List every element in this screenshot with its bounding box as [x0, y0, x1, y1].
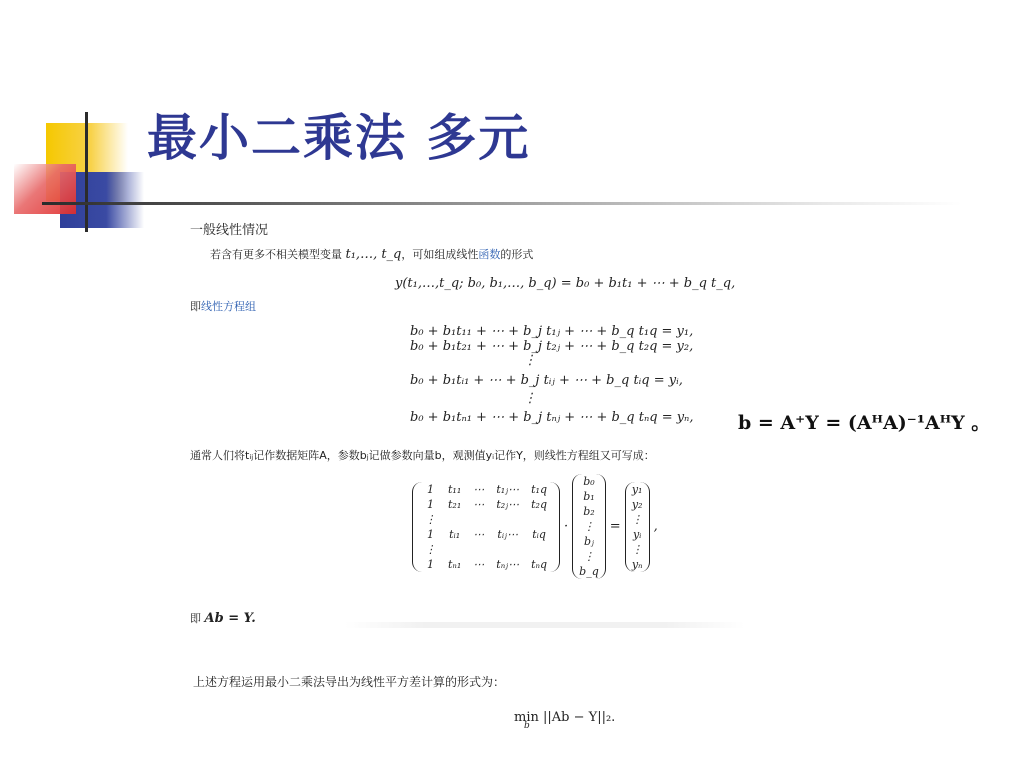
equation-system: b₀ + b₁t₁₁ + ⋯ + b_j t₁ⱼ + ⋯ + b_q t₁q =… — [410, 324, 650, 425]
linear-system-link[interactable]: 线性方程组 — [201, 300, 256, 313]
compact-prefix: 即 — [190, 612, 201, 625]
intro-mid: ，可如组成线性 — [401, 248, 478, 261]
min-subscript: b — [524, 721, 530, 731]
trailing-comma: , — [654, 519, 658, 534]
matrix-intro: 通常人们将tᵢⱼ记作数据矩阵A，参数bⱼ记做参数向量b，观测值yᵢ记作Y，则线性… — [190, 447, 655, 463]
system-eq-1: b₀ + b₁t₁₁ + ⋯ + b_j t₁ⱼ + ⋯ + b_q t₁q =… — [410, 324, 650, 339]
pseudoinverse-equation: b = A⁺Y = (AᴴA)⁻¹AᴴY 。 — [738, 408, 990, 435]
matrix-a: 1t₁₁⋯t₁ⱼ⋯t₁q 1t₂₁⋯t₂ⱼ⋯t₂q ⋮ 1tᵢ₁⋯tᵢⱼ⋯tᵢq… — [412, 482, 560, 572]
decor-fade-bar — [345, 622, 745, 628]
vector-b: b₀ b₁ b₂ ⋮ bⱼ ⋮ b_q — [572, 474, 606, 579]
system-vdots-2: ⋮ — [410, 388, 650, 410]
intro-vars: t₁,…, t_q — [346, 247, 402, 262]
system-eq-n: b₀ + b₁tₙ₁ + ⋯ + b_j tₙⱼ + ⋯ + b_q tₙq =… — [410, 410, 650, 425]
vector-y: y₁ y₂ ⋮ yᵢ ⋮ yₙ — [625, 482, 650, 572]
title-underline-rule — [42, 202, 962, 205]
slide-title: 最小二乘法 多元 — [147, 98, 530, 170]
compact-equation: Ab = Y. — [205, 611, 256, 626]
function-link[interactable]: 函数 — [478, 248, 500, 261]
model-equation: y(t₁,…,t_q; b₀, b₁,…, b_q) = b₀ + b₁t₁ +… — [395, 276, 735, 291]
least-squares-intro: 上述方程运用最小二乘法导出为线性平方差计算的形式为： — [193, 673, 505, 690]
intro-line: 若含有更多不相关模型变量 t₁,…, t_q，可如组成线性函数的形式 — [210, 246, 533, 262]
equals-sign: = — [610, 519, 621, 534]
system-vdots-1: ⋮ — [410, 354, 650, 367]
section-heading: 一般线性情况 — [190, 219, 268, 238]
intro-suffix: 的形式 — [500, 248, 533, 261]
system-eq-2: b₀ + b₁t₂₁ + ⋯ + b_j t₂ⱼ + ⋯ + b_q t₂q =… — [410, 339, 650, 354]
decor-vertical-line — [85, 112, 88, 232]
least-squares-equation: min ||Ab − Y||₂. b — [514, 706, 615, 725]
intro-prefix: 若含有更多不相关模型变量 — [210, 248, 346, 261]
system-prefix: 即 — [190, 300, 201, 313]
compact-line: 即 Ab = Y. — [190, 610, 256, 626]
system-eq-i: b₀ + b₁tᵢ₁ + ⋯ + b_j tᵢⱼ + ⋯ + b_q tᵢq =… — [410, 373, 650, 388]
dot-operator: · — [564, 519, 568, 534]
decor-red-square — [14, 164, 76, 214]
matrix-equation: 1t₁₁⋯t₁ⱼ⋯t₁q 1t₂₁⋯t₂ⱼ⋯t₂q ⋮ 1tᵢ₁⋯tᵢⱼ⋯tᵢq… — [412, 474, 658, 579]
system-line: 即线性方程组 — [190, 298, 256, 314]
